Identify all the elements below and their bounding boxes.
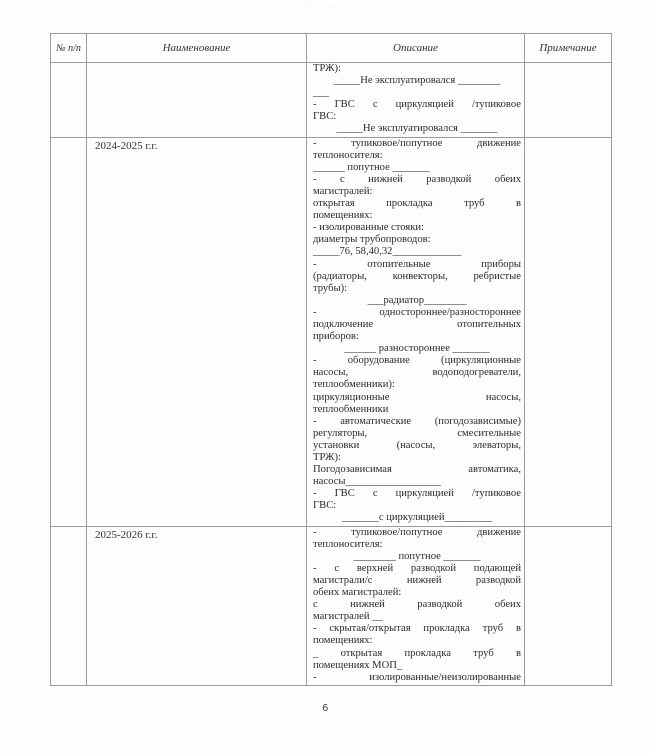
row-note-cell: [525, 137, 612, 526]
row-number-cell: [51, 137, 87, 526]
table-row: ТРЖ):_____Не эксплуатировался __________…: [51, 63, 612, 138]
description-line: теплообменники: [313, 404, 521, 416]
row-note-cell: [525, 63, 612, 138]
description-line: обеих магистралей:: [313, 587, 521, 599]
description-line: - ГВС с циркуляцией /тупиковое: [313, 488, 521, 500]
row-number-cell: [51, 526, 87, 685]
row-name-cell: [87, 63, 307, 138]
description-line: - автоматические (погодозависимые): [313, 416, 521, 428]
description-line: помещениях:: [313, 210, 521, 222]
description-line: (радиаторы, конвекторы, ребристые: [313, 271, 521, 283]
description-line: ___: [313, 87, 521, 99]
description-line: помещениях:: [313, 635, 521, 647]
description-line: диаметры трубопроводов:: [313, 234, 521, 246]
description-line: - ГВС с циркуляцией /тупиковое: [313, 99, 521, 111]
description-line: - с верхней разводкой подающей: [313, 563, 521, 575]
description-line: ГВС:: [313, 111, 521, 123]
description-line: ТРЖ):: [313, 452, 521, 464]
header-note: Примечание: [525, 34, 612, 63]
table-row: 2024-2025 г.г.- тупиковое/попутное движе…: [51, 137, 612, 526]
description-line: - тупиковое/попутное движение: [313, 527, 521, 539]
row-name-cell: 2024-2025 г.г.: [87, 137, 307, 526]
description-line: теплоносителя:: [313, 150, 521, 162]
description-line: теплообменники):: [313, 379, 521, 391]
page-number: 6: [322, 703, 328, 714]
header-description: Описание: [307, 34, 525, 63]
description-line: ________ попутное _______: [313, 551, 521, 563]
description-line: - с нижней разводкой обеих: [313, 174, 521, 186]
description-line: подключение отопительных: [313, 319, 521, 331]
description-line: магистралей:: [313, 186, 521, 198]
header-name: Наименование: [87, 34, 307, 63]
description-line: - тупиковое/попутное движение: [313, 138, 521, 150]
description-line: _______с циркуляцией_________: [313, 512, 521, 524]
header-number: № п/п: [51, 34, 87, 63]
description-line: ___радиатор________: [313, 295, 521, 307]
description-line: _____Не эксплуатировался ________: [313, 75, 521, 87]
description-line: _____76, 58,40,32_____________: [313, 246, 521, 258]
row-number-cell: [51, 63, 87, 138]
table-row: 2025-2026 г.г.- тупиковое/попутное движе…: [51, 526, 612, 685]
row-name-cell: 2025-2026 г.г.: [87, 526, 307, 685]
specification-table: № п/п Наименование Описание Примечание Т…: [50, 33, 612, 686]
description-line: ______ попутное _______: [313, 162, 521, 174]
header-number-label: № п/п: [56, 43, 81, 54]
description-line: насосы__________________: [313, 476, 521, 488]
description-line: - скрытая/открытая прокладка труб в: [313, 623, 521, 635]
description-line: теплоносителя:: [313, 539, 521, 551]
description-line: ТРЖ):: [313, 63, 521, 75]
row-description-cell: ТРЖ):_____Не эксплуатировался __________…: [307, 63, 525, 138]
description-line: циркуляционные насосы,: [313, 392, 521, 404]
description-line: помещениях МОП_: [313, 660, 521, 672]
faint-stamp-mark: · ·: · ⁘ · ·: [300, 4, 420, 18]
table-header-row: № п/п Наименование Описание Примечание: [51, 34, 612, 63]
header-note-label: Примечание: [539, 42, 596, 54]
description-line: трубы):: [313, 283, 521, 295]
description-line: магистрали/с нижней разводкой: [313, 575, 521, 587]
description-line: Погодозависимая автоматика,: [313, 464, 521, 476]
description-line: _____Не эксплуатировался _______: [313, 123, 521, 135]
description-line: ______ разностороннее _______: [313, 343, 521, 355]
description-line: установки (насосы, элеваторы,: [313, 440, 521, 452]
header-name-label: Наименование: [163, 42, 231, 54]
description-line: _ открытая прокладка труб в: [313, 648, 521, 660]
description-line: приборов:: [313, 331, 521, 343]
description-line: - изолированные/неизолированные: [313, 672, 521, 684]
row-description-cell: - тупиковое/попутное движениетеплоносите…: [307, 137, 525, 526]
row-description-cell: - тупиковое/попутное движениетеплоносите…: [307, 526, 525, 685]
description-line: магистралей __: [313, 611, 521, 623]
description-line: - отопительные приборы: [313, 259, 521, 271]
row-note-cell: [525, 526, 612, 685]
description-line: - оборудование (циркуляционные: [313, 355, 521, 367]
description-line: с нижней разводкой обеих: [313, 599, 521, 611]
description-line: - одностороннее/разностороннее: [313, 307, 521, 319]
description-line: регуляторы, смесительные: [313, 428, 521, 440]
description-line: - изолированные стояки:: [313, 222, 521, 234]
description-line: открытая прокладка труб в: [313, 198, 521, 210]
description-line: ГВС:: [313, 500, 521, 512]
header-description-label: Описание: [393, 42, 438, 54]
description-line: насосы, водоподогреватели,: [313, 367, 521, 379]
